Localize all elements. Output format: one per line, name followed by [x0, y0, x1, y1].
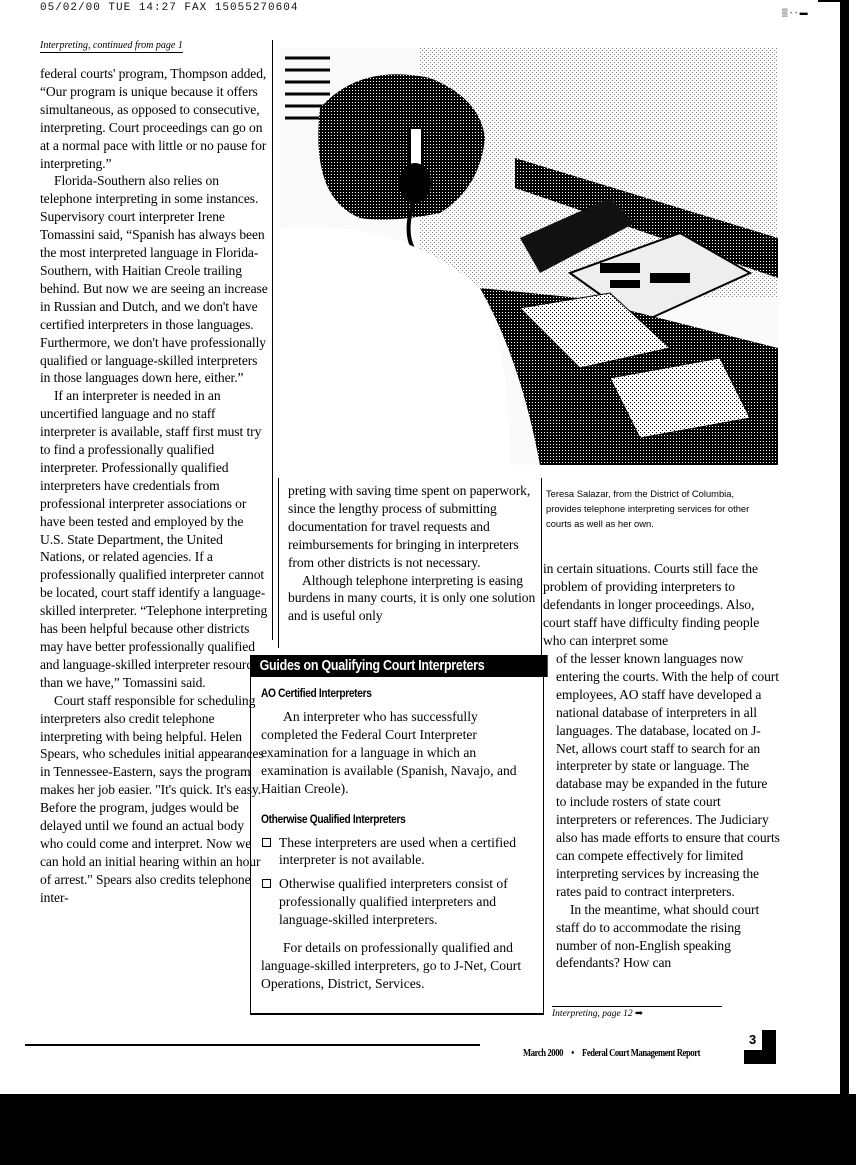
article-column-3-top: in certain situations. Courts still face… — [543, 560, 779, 650]
page-tab-marker — [744, 1050, 774, 1064]
checkbox-bullet-icon — [262, 879, 271, 888]
checkbox-bullet-icon — [262, 838, 271, 847]
paragraph: If an interpreter is needed in an uncert… — [40, 387, 268, 691]
photo-caption: Teresa Salazar, from the District of Col… — [546, 486, 772, 531]
photo-interpreter-at-phone — [280, 48, 778, 465]
footer-publication: Federal Court Management Report — [582, 1048, 700, 1059]
page-footer: March 2000•Federal Court Management Repo… — [523, 1048, 700, 1059]
bullet-text: These interpreters are used when a certi… — [279, 835, 516, 868]
sidebar-title: Guides on Qualifying Court Interpreters — [251, 655, 548, 677]
scan-edge-bottom — [0, 1094, 856, 1165]
continued-from-line: Interpreting, continued from page 1 — [40, 40, 183, 53]
paragraph: In the meantime, what should court staff… — [556, 901, 781, 973]
paragraph: Florida-Southern also relies on telephon… — [40, 172, 268, 387]
column-divider — [541, 478, 542, 668]
fax-page-mark: ▒ - - ▬ — [782, 8, 808, 17]
paragraph: in certain situations. Courts still face… — [543, 560, 779, 650]
list-item: Otherwise qualified interpreters consist… — [261, 875, 537, 929]
list-item: These interpreters are used when a certi… — [261, 834, 537, 870]
article-column-3: of the lesser known languages now enteri… — [556, 650, 781, 972]
continued-to-line: Interpreting, page 12 ➡ — [552, 1006, 722, 1019]
article-column-1: federal courts' program, Thompson added,… — [40, 65, 268, 907]
page-number: 3 — [749, 1032, 756, 1047]
sidebar-heading-otherwise: Otherwise Qualified Interpreters — [261, 812, 501, 826]
footer-date: March 2000 — [523, 1048, 563, 1059]
fax-header: 05/02/00 TUE 14:27 FAX 15055270604 — [40, 2, 298, 14]
sidebar-bullet-list: These interpreters are used when a certi… — [261, 834, 537, 930]
sidebar-paragraph: An interpreter who has successfully comp… — [261, 708, 537, 798]
bullet-text: Otherwise qualified interpreters consist… — [279, 876, 508, 927]
paragraph: of the lesser known languages now enteri… — [556, 650, 781, 901]
scan-edge-right — [840, 0, 849, 1095]
column-divider — [272, 40, 273, 640]
photo-illustration — [280, 48, 778, 465]
article-column-2: preting with saving time spent on paperw… — [288, 482, 536, 625]
footer-rule — [25, 1044, 480, 1046]
column-divider — [278, 478, 279, 648]
paragraph: federal courts' program, Thompson added,… — [40, 65, 268, 172]
sidebar-heading-certified: AO Certified Interpreters — [261, 686, 501, 700]
sidebar-footer-text: For details on professionally qualified … — [261, 939, 537, 993]
paragraph: preting with saving time spent on paperw… — [288, 482, 536, 572]
paragraph: Although telephone interpreting is easin… — [288, 572, 536, 626]
sidebar-box: Guides on Qualifying Court Interpreters … — [250, 655, 544, 1015]
footer-separator: • — [571, 1048, 574, 1059]
paragraph: Court staff responsible for scheduling i… — [40, 692, 268, 907]
